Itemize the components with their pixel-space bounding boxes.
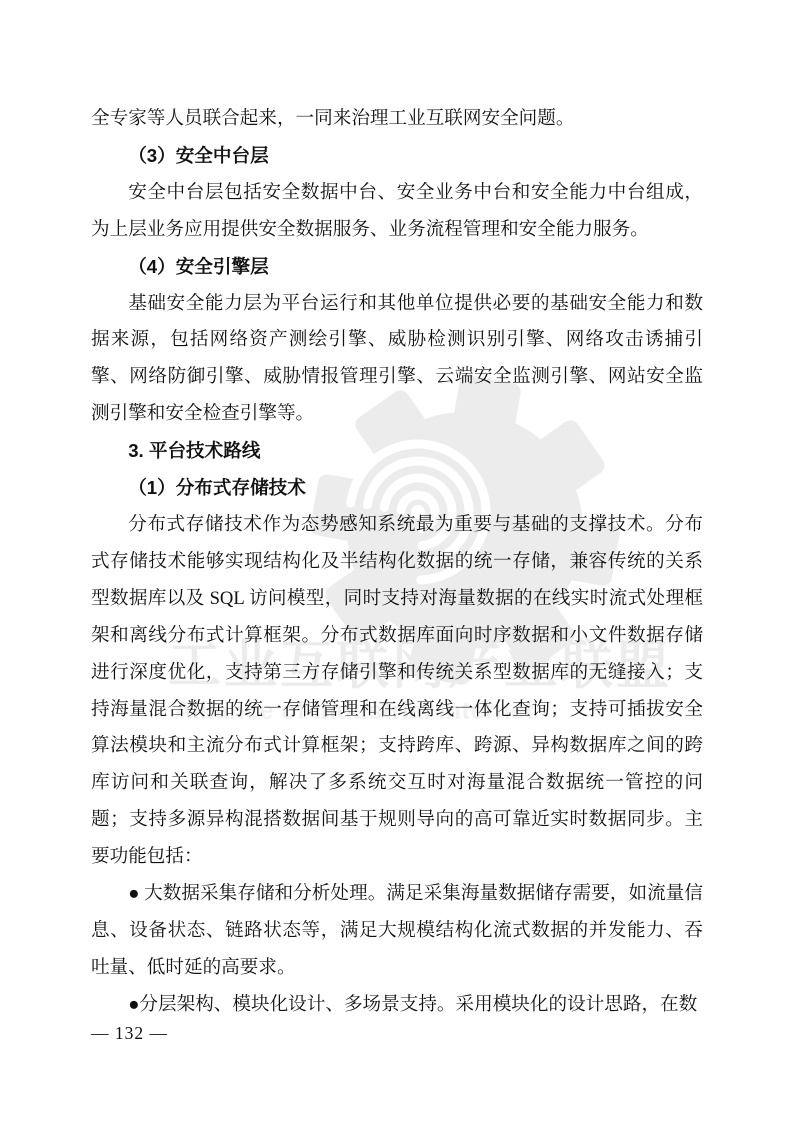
document-body: 全专家等人员联合起来，一同来治理工业互联网安全问题。（3）安全中台层安全中台层包… xyxy=(91,101,703,1024)
paragraph: 基础安全能力层为平台运行和其他单位提供必要的基础安全能力和数据来源，包括网络资产… xyxy=(91,286,703,434)
paragraph: 分布式存储技术作为态势感知系统最为重要与基础的支撑技术。分布式存储技术能够实现结… xyxy=(91,507,703,876)
page-number: — 132 — xyxy=(91,1022,168,1044)
section-heading: （4）安全引擎层 xyxy=(91,249,703,286)
section-heading: （1）分布式存储技术 xyxy=(91,470,703,507)
document-page: 工业互联网产业联盟 Alliance of Industrial Interne… xyxy=(0,0,793,1122)
bullet-item: ● 大数据采集存储和分析处理。满足采集海量数据储存需要，如流量信息、设备状态、链… xyxy=(91,876,703,987)
paragraph: 全专家等人员联合起来，一同来治理工业互联网安全问题。 xyxy=(91,101,703,138)
section-heading: 3. 平台技术路线 xyxy=(91,433,703,470)
paragraph: 安全中台层包括安全数据中台、安全业务中台和安全能力中台组成，为上层业务应用提供安… xyxy=(91,175,703,249)
bullet-item: ●分层架构、模块化设计、多场景支持。采用模块化的设计思路，在数 xyxy=(91,987,703,1024)
section-heading: （3）安全中台层 xyxy=(91,138,703,175)
